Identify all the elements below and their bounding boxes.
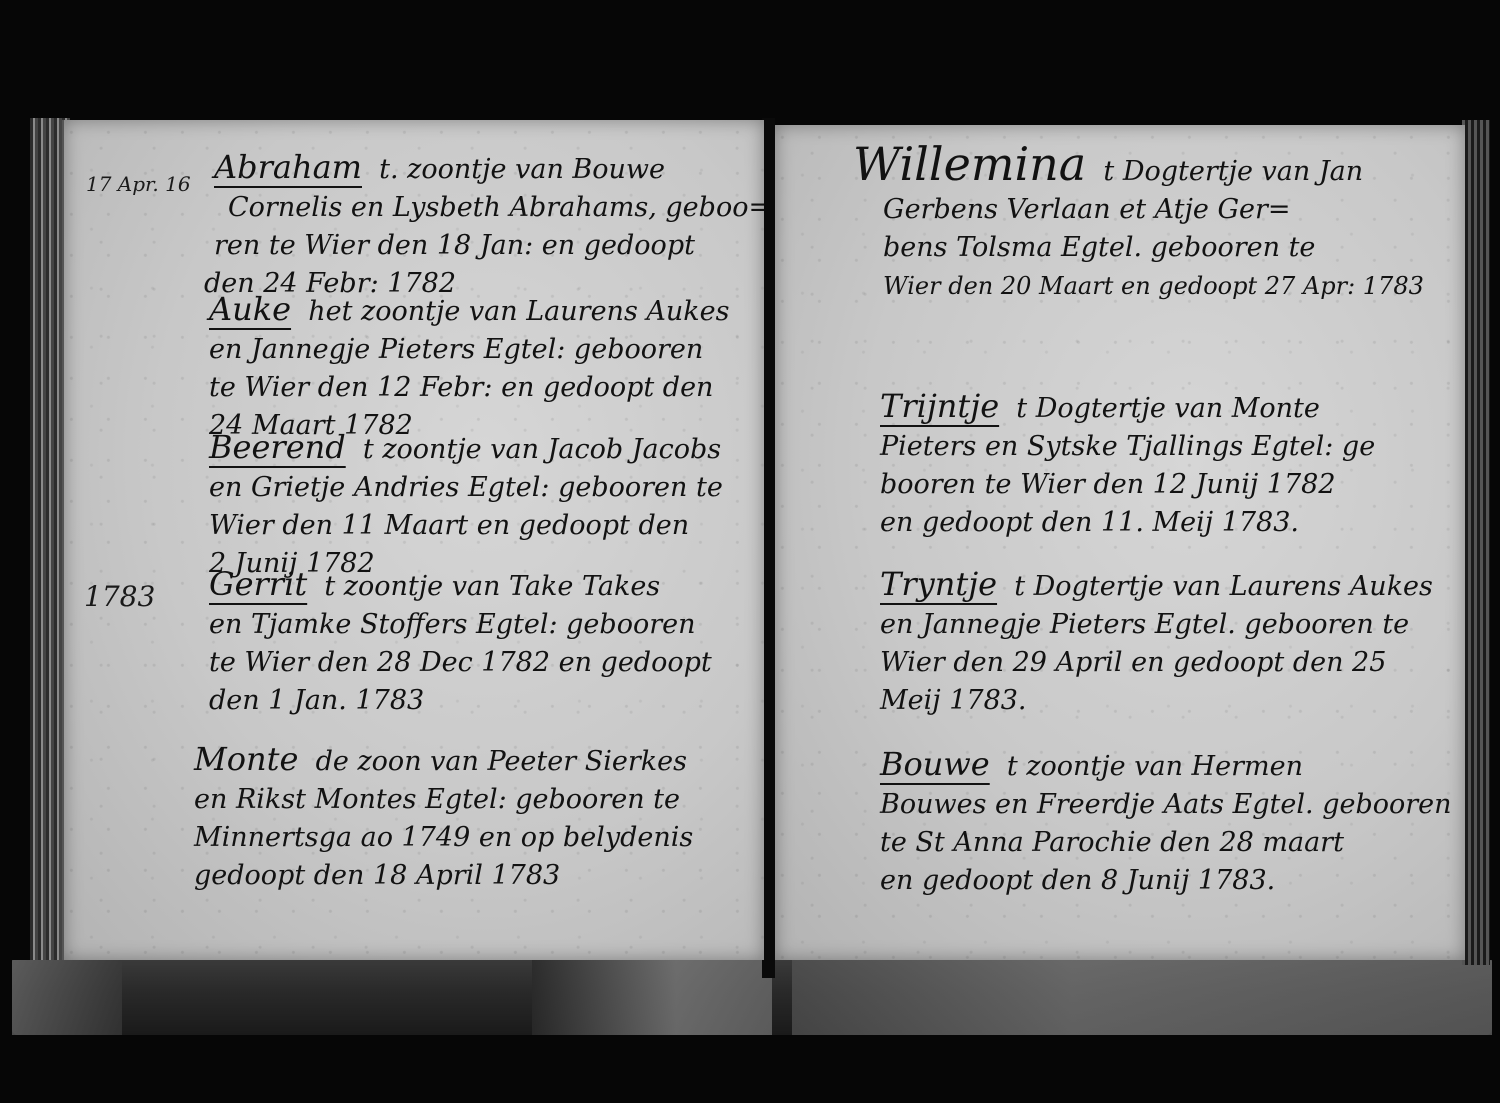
entry-beerend: Beerend t zoontje van Jacob Jacobs en Gr… — [209, 428, 723, 583]
entry-monte: Monte de zoon van Peeter Sierkes en Riks… — [194, 740, 693, 895]
cover-highlight — [792, 960, 1492, 1035]
cover-highlight — [532, 960, 772, 1035]
entry-tryntje: Tryntje t Dogtertje van Laurens Aukes en… — [880, 565, 1433, 720]
entry-name: Tryntje — [880, 565, 997, 603]
margin-date-note: 17 Apr. 16 — [86, 172, 191, 196]
entry-willemina: Willemina t Dogtertje van Jan Gerbens Ve… — [853, 145, 1424, 305]
entry-name: Abraham — [214, 148, 362, 186]
entry-trijntje: Trijntje t Dogtertje van Monte Pieters e… — [880, 387, 1375, 542]
entry-auke: Auke het zoontje van Laurens Aukes en Ja… — [209, 290, 729, 445]
entry-name: Gerrit — [209, 565, 307, 603]
entry-name: Beerend — [209, 428, 346, 466]
left-page: 17 Apr. 16 1783 Abraham t. zoontje van B… — [62, 120, 764, 960]
entry-gerrit: Gerrit t zoontje van Take Takes en Tjamk… — [209, 565, 712, 720]
entry-name: Bouwe — [880, 745, 990, 783]
entry-name: Auke — [209, 290, 291, 328]
book-cover-edge — [12, 960, 1492, 1035]
entry-abraham: Abraham t. zoontje van Bouwe Cornelis en… — [214, 148, 764, 303]
entry-name: Willemina — [853, 137, 1086, 191]
cover-highlight — [12, 960, 122, 1035]
entry-name: Trijntje — [880, 387, 999, 425]
right-page: Willemina t Dogtertje van Jan Gerbens Ve… — [775, 125, 1465, 960]
scanned-book-spread: 17 Apr. 16 1783 Abraham t. zoontje van B… — [0, 0, 1500, 1103]
entry-bouwe: Bouwe t zoontje van Hermen Bouwes en Fre… — [880, 745, 1452, 900]
page-stack-right — [1462, 120, 1490, 965]
margin-year-note: 1783 — [84, 580, 155, 613]
entry-name: Monte — [194, 740, 298, 778]
